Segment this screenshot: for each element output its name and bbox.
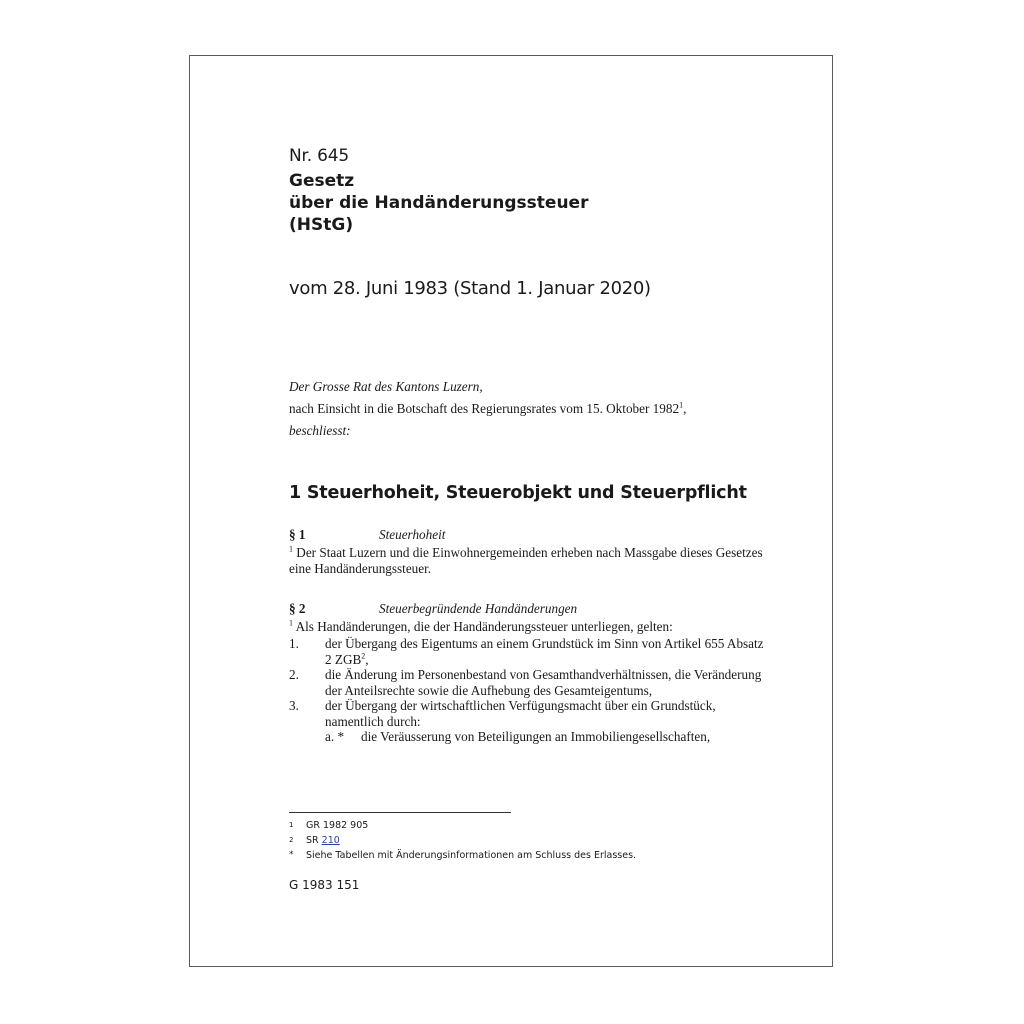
footnote: 1 GR 1982 905	[289, 818, 636, 833]
preamble-reference: nach Einsicht in die Botschaft des Regie…	[289, 398, 686, 420]
preamble-resolution: beschliesst:	[289, 420, 686, 442]
list-subitem: a. * die Veräusserung von Beteiligungen …	[325, 729, 773, 745]
footnote: * Siehe Tabellen mit Änderungsinformatio…	[289, 848, 636, 863]
sr-link[interactable]: 210	[322, 835, 340, 846]
section-title: Steuerbegründende Handänderungen	[379, 601, 577, 616]
section-2-list: 1. der Übergang des Eigentums an einem G…	[289, 636, 773, 745]
footnote-divider	[289, 812, 511, 813]
section-heading-2: § 2Steuerbegründende Handänderungen	[289, 601, 789, 617]
title-line: Gesetz	[289, 170, 588, 192]
preamble-authority: Der Grosse Rat des Kantons Luzern,	[289, 376, 686, 398]
title-line: (HStG)	[289, 214, 588, 236]
list-item: 1. der Übergang des Eigentums an einem G…	[289, 636, 773, 667]
paragraph-mark: 1	[289, 545, 293, 554]
section-1-paragraph: 1 Der Staat Luzern und die Einwohnergeme…	[289, 545, 773, 576]
preamble: Der Grosse Rat des Kantons Luzern, nach …	[289, 376, 686, 442]
chapter-heading: 1 Steuerhoheit, Steuerobjekt und Steuerp…	[289, 483, 747, 503]
paragraph-mark: 1	[289, 619, 293, 628]
section-2-paragraph: 1 Als Handänderungen, die der Handänderu…	[289, 619, 773, 635]
gazette-number: G 1983 151	[289, 878, 359, 892]
section-number: § 1	[289, 527, 379, 543]
title-line: über die Handänderungssteuer	[289, 192, 588, 214]
law-date: vom 28. Juni 1983 (Stand 1. Januar 2020)	[289, 278, 651, 299]
section-number: § 2	[289, 601, 379, 617]
section-heading-1: § 1Steuerhoheit	[289, 527, 789, 543]
list-item: 3. der Übergang der wirtschaftlichen Ver…	[289, 698, 773, 729]
footnote: 2 SR 210	[289, 833, 636, 848]
footnotes: 1 GR 1982 905 2 SR 210 * Siehe Tabellen …	[289, 818, 636, 863]
section-title: Steuerhoheit	[379, 527, 445, 542]
document-page: Nr. 645 Gesetz über die Handänderungsste…	[189, 55, 833, 967]
law-number: Nr. 645	[289, 146, 349, 166]
list-item: 2. die Änderung im Personenbestand von G…	[289, 667, 773, 698]
law-title: Gesetz über die Handänderungssteuer (HSt…	[289, 170, 588, 236]
